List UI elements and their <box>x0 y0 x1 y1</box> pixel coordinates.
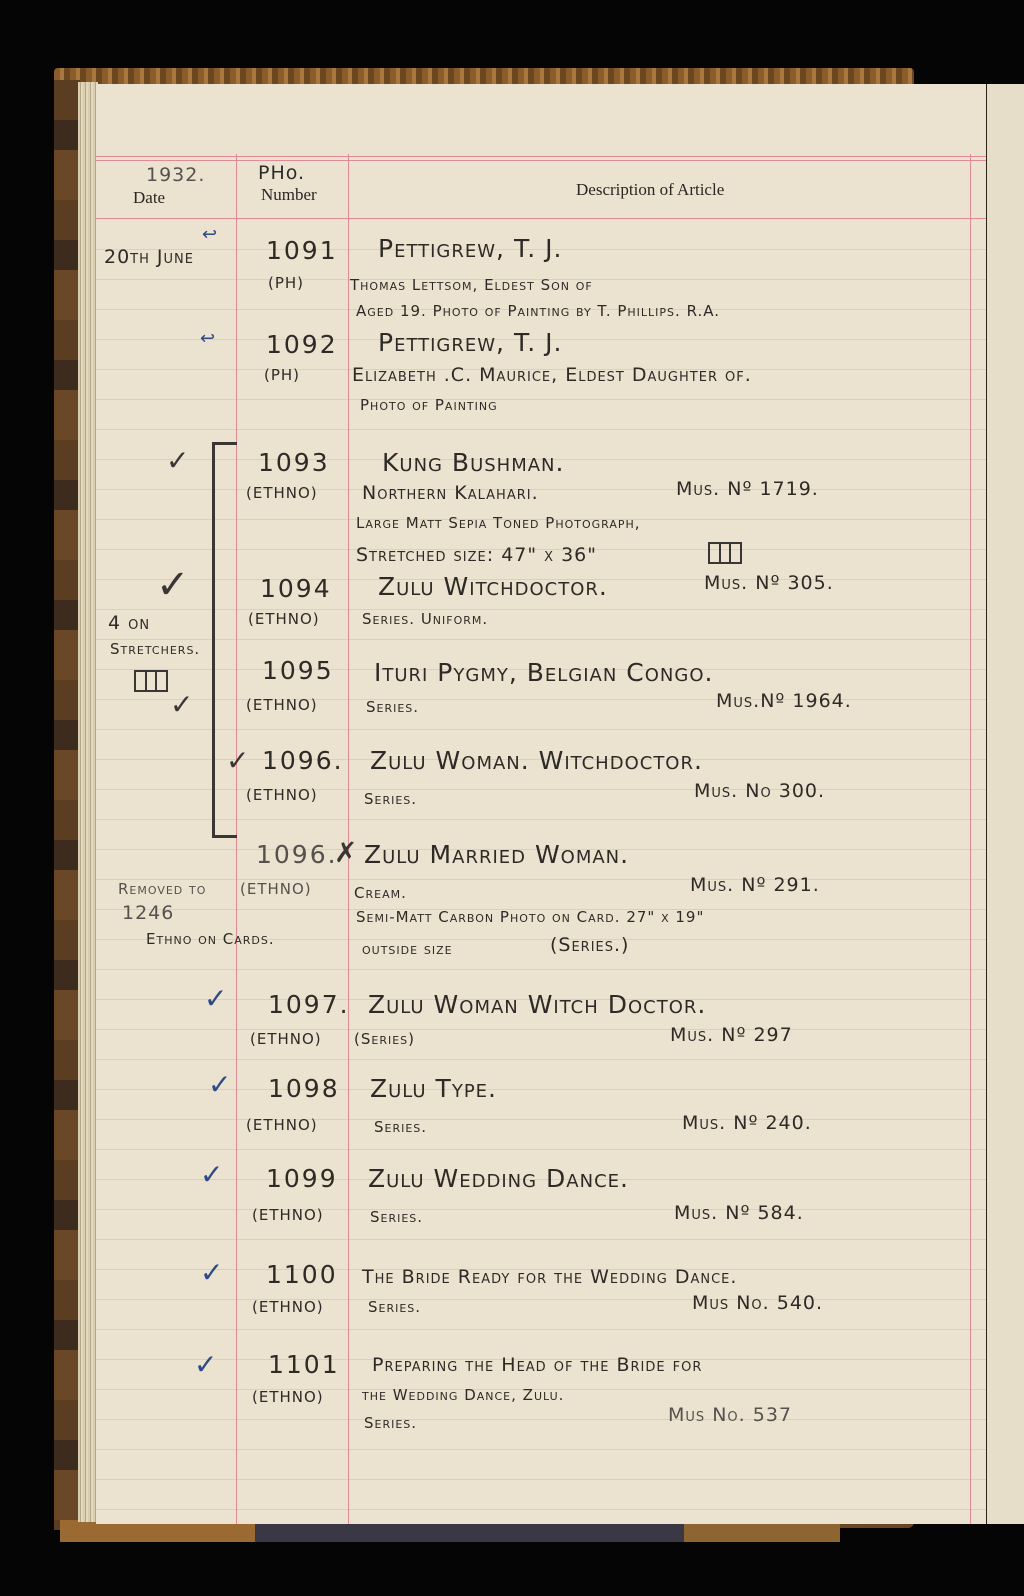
museum-number: Mus.Nº 1964. <box>716 690 852 712</box>
museum-number: Mus No. 540. <box>692 1292 823 1314</box>
header-top-rule-2 <box>96 160 986 161</box>
entry-title: Pettigrew, T. J. <box>378 328 562 357</box>
entry-title: Kung Bushman. <box>382 448 564 477</box>
entry-number: 1095 <box>262 656 334 685</box>
museum-number: Mus. Nº 297 <box>670 1024 793 1046</box>
entry-category: (ETHNO) <box>252 1298 324 1316</box>
grouping-bracket <box>212 442 237 838</box>
entry-line: Series. <box>368 1298 421 1316</box>
entry-line: (Series) <box>354 1030 415 1048</box>
stretcher-box-icon <box>708 542 742 564</box>
description-right-rule <box>970 154 971 1524</box>
check-mark-icon: ✓ <box>226 744 249 777</box>
entry-category: (ETHNO) <box>240 880 312 898</box>
entry-line: Series. <box>374 1118 427 1136</box>
return-mark-icon: ↩ <box>200 328 215 349</box>
entry-number: 1093 <box>258 448 330 477</box>
ledger-page: 1932. Date PHo. Number Description of Ar… <box>96 84 986 1524</box>
check-mark-icon: ✓ <box>194 1348 217 1381</box>
header-top-rule <box>96 156 986 157</box>
entry-title: Ituri Pygmy, Belgian Congo. <box>374 658 713 687</box>
entry-line: Series. Uniform. <box>362 610 488 628</box>
museum-number: Mus. Nº 291. <box>690 874 820 896</box>
entry-line: Stretched size: 47" x 36" <box>356 544 597 566</box>
entry-title: Zulu Married Woman. <box>364 840 629 869</box>
entry-number: 1091 <box>266 236 338 265</box>
entry-line: (Series.) <box>550 934 629 956</box>
entry-category: (ETHNO) <box>246 786 318 804</box>
entry-number: 1096. <box>256 840 338 869</box>
entry-line: Large Matt Sepia Toned Photograph, <box>356 514 641 532</box>
entry-category: (ETHNO) <box>246 1116 318 1134</box>
removed-note-line3: Ethno on Cards. <box>146 930 275 948</box>
entry-category: (PH) <box>268 274 304 292</box>
museum-number: Mus. Nº 305. <box>704 572 834 594</box>
entry-line: outside size <box>362 940 453 958</box>
entry-category: (ETHNO) <box>246 696 318 714</box>
entry-title: Preparing the Head of the Bride for <box>372 1354 702 1376</box>
check-mark-icon: ✓ <box>156 562 190 608</box>
entry-title: Zulu Woman. Witchdoctor. <box>370 746 703 775</box>
header-bottom-rule <box>96 218 986 219</box>
entry-category: (ETHNO) <box>252 1206 324 1224</box>
date-column-rule <box>236 154 237 1524</box>
check-mark-icon: ✓ <box>204 982 227 1015</box>
entry-category: (ETHNO) <box>248 610 320 628</box>
entry-line: Northern Kalahari. <box>362 482 539 504</box>
year-label: 1932. <box>146 164 205 186</box>
entry-category: (PH) <box>264 366 300 384</box>
entry-line: Series. <box>370 1208 423 1226</box>
entry-line: Elizabeth .C. Maurice, Eldest Daughter o… <box>352 364 752 386</box>
entry-number: 1094 <box>260 574 332 603</box>
entry-line: Semi-Matt Carbon Photo on Card. 27" x 19… <box>356 908 704 926</box>
entry-number: 1100 <box>266 1260 338 1289</box>
entry-line: the Wedding Dance, Zulu. <box>362 1386 564 1404</box>
check-mark-icon: ✓ <box>166 444 189 477</box>
entry-number: 1096. <box>262 746 344 775</box>
entry-line: Series. <box>364 790 417 808</box>
check-mark-icon: ✓ <box>200 1158 223 1191</box>
stretchers-note-line2: Stretchers. <box>110 640 200 658</box>
entry-line: Series. <box>366 698 419 716</box>
entry-line: Series. <box>364 1414 417 1432</box>
check-mark-icon: ✓ <box>200 1256 223 1289</box>
museum-number: Mus No. 537 <box>668 1404 792 1426</box>
return-mark-icon: ↩ <box>202 224 217 245</box>
entry-category: (ETHNO) <box>252 1388 324 1406</box>
entry-number: 1101 <box>268 1350 340 1379</box>
number-header: Number <box>261 185 317 205</box>
museum-number: Mus. Nº 240. <box>682 1112 812 1134</box>
entry-line: Aged 19. Photo of Painting by T. Phillip… <box>356 302 720 320</box>
entry-title: Pettigrew, T. J. <box>378 234 562 263</box>
description-header: Description of Article <box>576 180 724 200</box>
entry-date: 20th June <box>104 246 194 268</box>
entry-line: Photo of Painting <box>360 396 498 414</box>
entry-title: Zulu Type. <box>370 1074 497 1103</box>
cross-mark-icon: ✗ <box>334 836 357 869</box>
entry-category: (ETHNO) <box>250 1030 322 1048</box>
photo-number-prefix: PHo. <box>258 162 305 184</box>
museum-number: Mus. No 300. <box>694 780 825 802</box>
page-stack-edges <box>78 82 98 1522</box>
entry-line: Cream. <box>354 884 407 902</box>
ruled-lines <box>96 220 986 1524</box>
check-mark-icon: ✓ <box>208 1068 231 1101</box>
museum-number: Mus. Nº 1719. <box>676 478 819 500</box>
date-header: Date <box>133 188 165 208</box>
entry-title: Zulu Witchdoctor. <box>378 572 608 601</box>
entry-title: The Bride Ready for the Wedding Dance. <box>362 1266 737 1288</box>
entry-line: Thomas Lettsom, Eldest Son of <box>350 276 593 294</box>
facing-page <box>986 84 1024 1524</box>
check-mark-icon: ✓ <box>170 688 193 721</box>
book-cover-left-edge <box>54 80 80 1530</box>
removed-note-line2: 1246 <box>122 902 174 924</box>
entry-category: (ETHNO) <box>246 484 318 502</box>
stretchers-note-line1: 4 on <box>108 612 150 634</box>
entry-title: Zulu Woman Witch Doctor. <box>368 990 706 1019</box>
removed-note-line1: Removed to <box>118 880 206 898</box>
entry-number: 1099 <box>266 1164 338 1193</box>
entry-title: Zulu Wedding Dance. <box>368 1164 629 1193</box>
entry-number: 1098 <box>268 1074 340 1103</box>
stretcher-box-icon <box>134 670 168 692</box>
entry-number: 1097. <box>268 990 350 1019</box>
museum-number: Mus. Nº 584. <box>674 1202 804 1224</box>
entry-number: 1092 <box>266 330 338 359</box>
